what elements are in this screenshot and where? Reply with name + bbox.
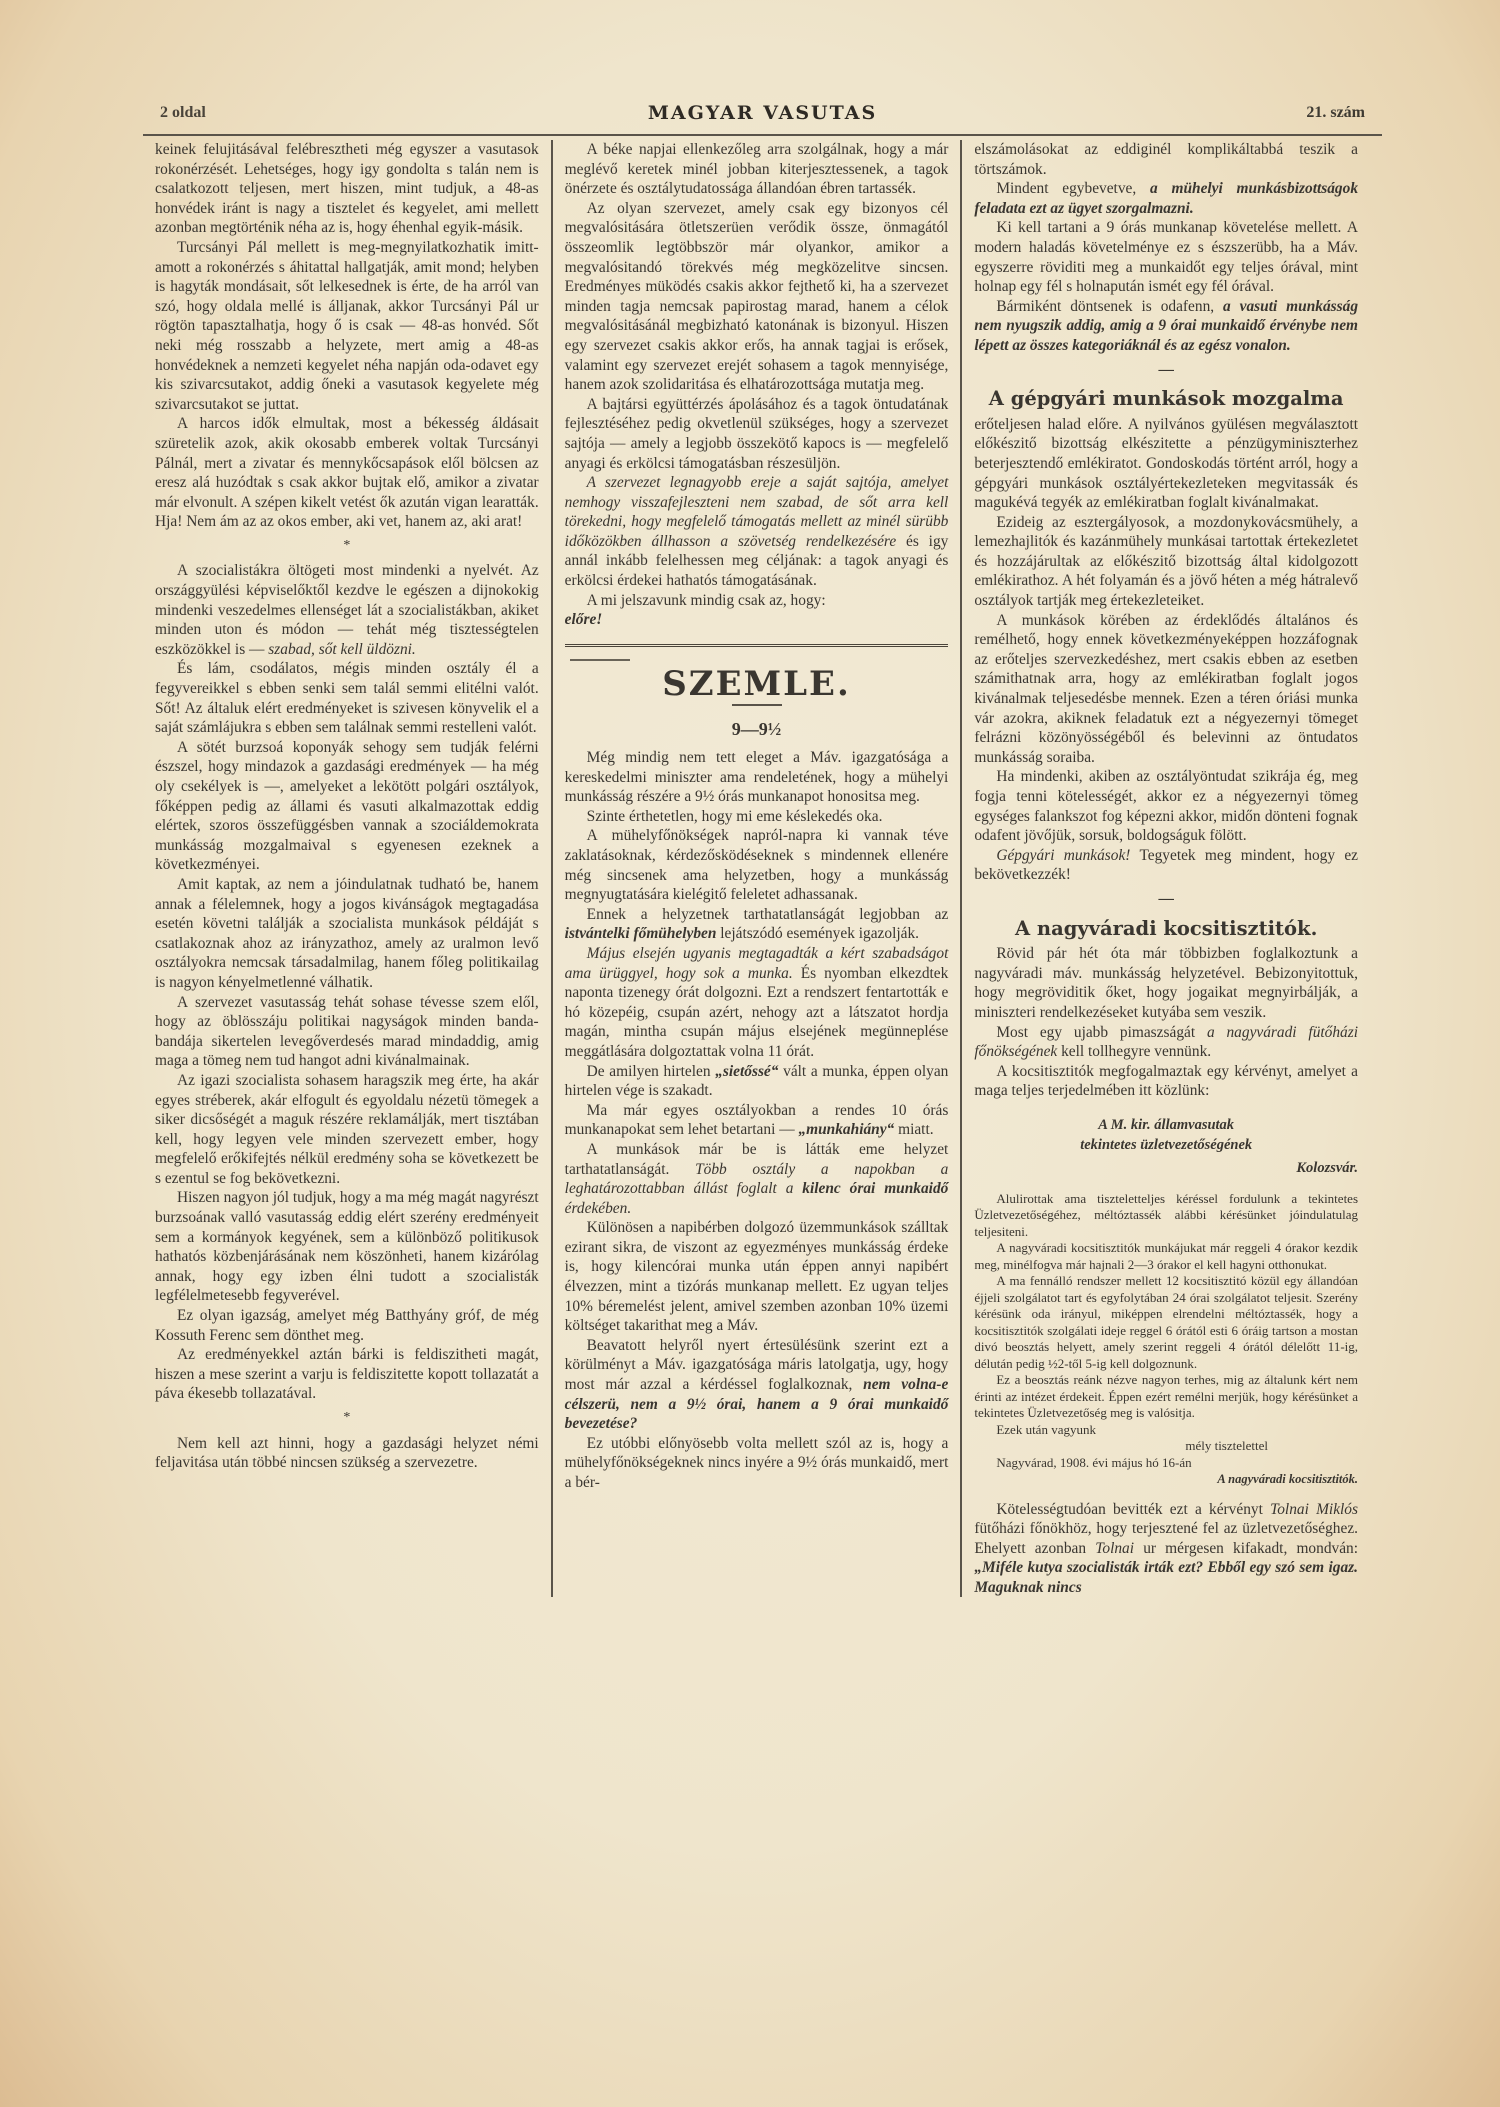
paragraph: Beavatott helyről nyert értesülésünk sze… <box>565 1336 949 1434</box>
paragraph: Ma már egyes osztályokban a rendes 10 ór… <box>565 1101 949 1140</box>
letter-salutation: mély tisztelettel <box>974 1438 1358 1455</box>
section-separator-star: * <box>155 1408 539 1428</box>
letter-city: Kolozsvár. <box>974 1159 1358 1179</box>
column-3: elszámolásokat az eddiginél komplikáltab… <box>960 140 1370 1597</box>
article-title: 9—9½ <box>565 720 949 740</box>
paragraph: A szocialistákra öltögeti most mindenki … <box>155 561 539 659</box>
paragraph: Szinte érthetetlen, hogy mi eme késleked… <box>565 807 949 827</box>
paragraph: A harcos idők elmultak, most a békesség … <box>155 414 539 532</box>
title-underline <box>732 704 782 706</box>
paragraph: Különösen a napibérben dolgozó üzemmunká… <box>565 1218 949 1336</box>
paragraph: Ki kell tartani a 9 órás munkanap követe… <box>974 218 1358 296</box>
letter-paragraph: Alulirottak ama tiszteletteljes kéréssel… <box>974 1191 1358 1241</box>
separator-dash: — <box>974 889 1358 909</box>
paragraph: A szervezet vasutasság tehát sohase téve… <box>155 993 539 1071</box>
letter-closing: Ezek után vagyunk <box>974 1422 1358 1439</box>
letter-paragraph: A nagyváradi kocsitisztitók munkájukat m… <box>974 1240 1358 1273</box>
section-separator-star: * <box>155 536 539 556</box>
short-divider <box>570 659 630 661</box>
paragraph: elszámolásokat az eddiginél komplikáltab… <box>974 140 1358 179</box>
newspaper-page: 2 oldal MAGYAR VASUTAS 21. szám keinek f… <box>155 100 1370 1597</box>
paragraph: Most egy ujabb pimaszságát a nagyváradi … <box>974 1023 1358 1062</box>
paragraph: Turcsányi Pál mellett is meg-megnyilatko… <box>155 238 539 414</box>
paragraph: Mindent egybevetve, a mühelyi munkásbizo… <box>974 179 1358 218</box>
paragraph: És lám, csodálatos, mégis minden osztály… <box>155 659 539 737</box>
paragraph: A munkások már be is látták eme helyzet … <box>565 1140 949 1218</box>
paragraph: Ha mindenki, akiben az osztályöntudat sz… <box>974 767 1358 845</box>
paragraph: A munkások körében az érdeklődés általán… <box>974 611 1358 768</box>
paragraph: A béke napjai ellenkezőleg arra szolgáln… <box>565 140 949 199</box>
paragraph: keinek felujitásával felébresztheti még … <box>155 140 539 238</box>
issue-number: 21. szám <box>1306 104 1365 122</box>
paragraph: De amilyen hirtelen „sietőssé“ vált a mu… <box>565 1062 949 1101</box>
letter-signature: A nagyváradi kocsitisztitók. <box>974 1471 1358 1488</box>
article-heading: A gépgyári munkások mozgalma <box>974 389 1358 409</box>
paragraph: Hiszen nagyon jól tudjuk, hogy a ma még … <box>155 1188 539 1306</box>
paragraph: A mühelyfőnökségek napról-napra ki vanna… <box>565 826 949 904</box>
paragraph: Még mindig nem tett eleget a Máv. igazga… <box>565 748 949 807</box>
separator-dash: — <box>974 360 1358 380</box>
paragraph: Az olyan szervezet, amely csak egy bizon… <box>565 199 949 395</box>
paragraph: erőteljesen halad előre. A nyilvános gyü… <box>974 415 1358 513</box>
masthead: 2 oldal MAGYAR VASUTAS 21. szám <box>155 100 1370 134</box>
letter-address: tekintetes üzletvezetőségének <box>974 1135 1358 1155</box>
paragraph: A kocsitisztitók megfogalmaztak egy kérv… <box>974 1062 1358 1101</box>
section-divider <box>565 644 949 649</box>
paragraph: Az igazi szocialista sohasem haragszik m… <box>155 1071 539 1189</box>
article-heading: A nagyváradi kocsitisztitók. <box>974 919 1358 939</box>
newspaper-title: MAGYAR VASUTAS <box>155 102 1370 124</box>
section-title: SZEMLE. <box>565 675 949 695</box>
paragraph: Bármiként döntsenek is odafenn, a vasuti… <box>974 297 1358 356</box>
paragraph: Ennek a helyzetnek tarthatatlanságát leg… <box>565 905 949 944</box>
paragraph: Gépgyári munkások! Tegyetek meg mindent,… <box>974 846 1358 885</box>
paragraph: A bajtársi együttérzés ápolásához és a t… <box>565 395 949 473</box>
columns: keinek felujitásával felébresztheti még … <box>155 140 1370 1597</box>
paragraph: Ezideig az esztergályosok, a mozdonyková… <box>974 513 1358 611</box>
letter-address: A M. kir. államvasutak <box>974 1115 1358 1135</box>
paragraph: Kötelességtudóan bevitték ezt a kérvényt… <box>974 1500 1358 1598</box>
letter-paragraph: Ez a beosztás reánk nézve nagyon terhes,… <box>974 1372 1358 1422</box>
letter-date: Nagyvárad, 1908. évi május hó 16-án <box>974 1455 1358 1472</box>
letter-paragraph: A ma fennálló rendszer mellett 12 kocsit… <box>974 1273 1358 1372</box>
column-1: keinek felujitásával felébresztheti még … <box>155 140 551 1597</box>
paragraph: Május elsején ugyanis megtagadták a kért… <box>565 944 949 1062</box>
paragraph: A sötét burzsoá koponyák sehogy sem tudj… <box>155 738 539 875</box>
paragraph: Az eredményekkel aztán bárki is feldiszi… <box>155 1345 539 1404</box>
petition-letter: Alulirottak ama tiszteletteljes kéréssel… <box>974 1191 1358 1488</box>
column-2: A béke napjai ellenkezőleg arra szolgáln… <box>551 140 961 1597</box>
paragraph: Nem kell azt hinni, hogy a gazdasági hel… <box>155 1434 539 1473</box>
paragraph: Amit kaptak, az nem a jóindulatnak tudha… <box>155 875 539 993</box>
masthead-rule <box>143 134 1382 136</box>
paragraph: A mi jelszavunk mindig csak az, hogy:elő… <box>565 591 949 630</box>
paragraph: A szervezet legnagyobb ereje a saját saj… <box>565 473 949 591</box>
paragraph: Ez utóbbi előnyösebb volta mellett szól … <box>565 1434 949 1493</box>
paragraph: Rövid pár hét óta már többizben foglalko… <box>974 944 1358 1022</box>
paragraph: Ez olyan igazság, amelyet még Batthyány … <box>155 1306 539 1345</box>
